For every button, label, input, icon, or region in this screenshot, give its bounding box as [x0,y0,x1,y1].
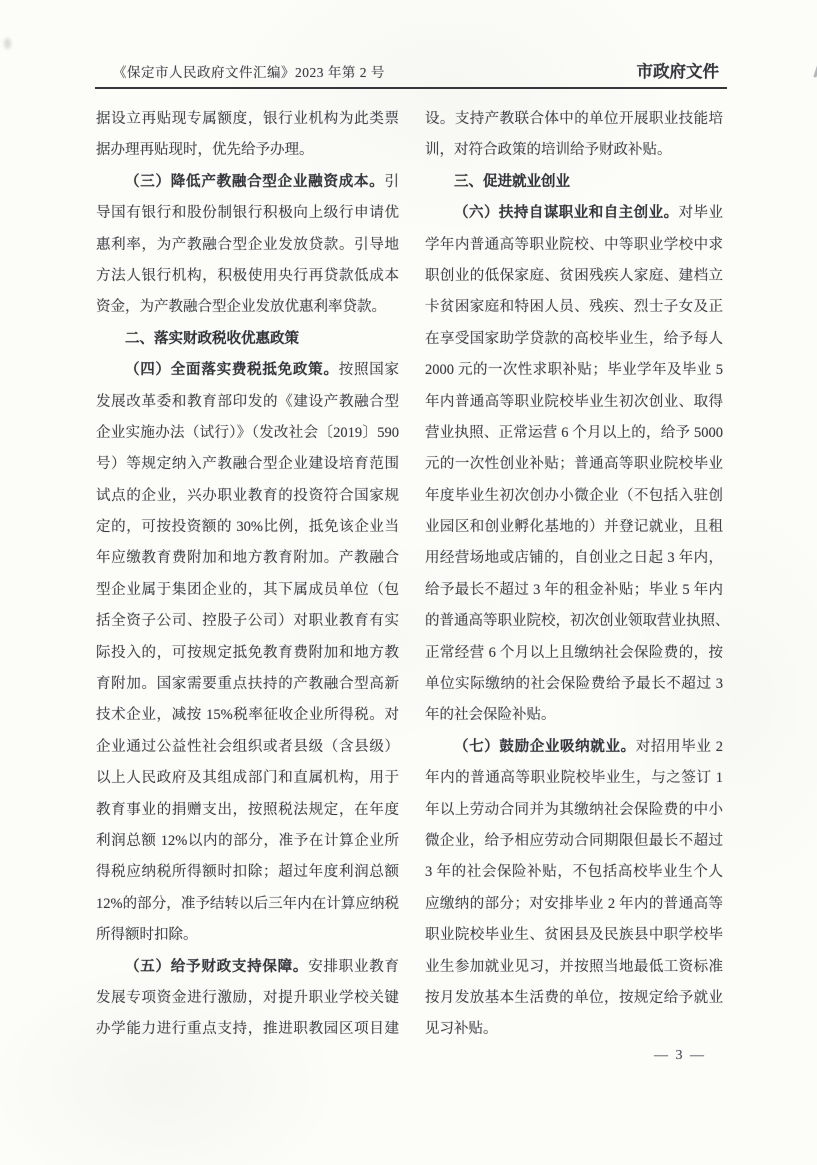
text-segment: 3 年的社会保险补贴，不包括高校毕业生个人 [425,864,723,880]
text-segment: 号）等规定纳入产教融合型企业建设培育范围 [96,456,399,472]
text-segment: 引 [385,174,400,190]
text-line: 设。支持产教联合体中的单位开展职业技能培 [425,104,723,135]
header-doc-category: 市政府文件 [637,58,720,82]
section-heading: 三、促进就业创业 [425,167,723,198]
right-text-column: 设。支持产教联合体中的单位开展职业技能培训，对符合政策的培训给予财政补贴。三、促… [425,104,723,1046]
text-segment: 正常经营 6 个月以上且缴纳社会保险费的，按 [425,645,723,661]
text-segment: 据办理再贴现时，优先给予办理。 [96,142,314,158]
text-segment: 所得额时扣除。 [96,927,198,943]
text-line: 惠利率，为产教融合型企业发放贷款。引导地 [96,230,399,261]
text-line: 年应缴教育费附加和地方教育附加。产教融合 [96,543,399,574]
text-line: 给予最长不超过 3 年的租金补贴；毕业 5 年内 [425,575,723,606]
text-segment: 微企业，给予相应劳动合同期限但最长不超过 [425,833,723,849]
text-segment: 职业院校毕业生、贫困县及民族县中职学校毕 [425,927,723,943]
text-segment: 发展专项资金进行激励，对提升职业学校关键 [96,990,399,1006]
text-segment: 惠利率，为产教融合型企业发放贷款。引导地 [96,237,399,253]
text-line: 育附加。国家需要重点扶持的产教融合型高新 [96,669,399,700]
text-segment: 对毕业 [679,205,723,221]
text-line: 年内普通高等职业院校毕业生初次创业、取得 [425,387,723,418]
text-line: 办学能力进行重点支持，推进职教园区项目建 [96,1014,399,1045]
header-row: 《保定市人民政府文件汇编》2023 年第 2 号 市政府文件 [95,58,727,87]
text-segment: 型企业属于集团企业的，其下属成员单位（包 [96,582,399,598]
text-segment: 的普通高等职业院校，初次创业领取营业执照、 [425,613,730,629]
text-segment: 利润总额 12%以内的部分，准予在计算企业所 [96,833,399,849]
text-line: 发展改革委和教育部印发的《建设产教融合型 [96,387,399,418]
text-line: 教育事业的捐赠支出，按照税法规定，在年度 [96,795,399,826]
text-line: 正常经营 6 个月以上且缴纳社会保险费的，按 [425,638,723,669]
text-segment: 企业通过公益性社会组织或者县级（含县级） [96,739,399,755]
text-segment: 学年内普通高等职业院校、中等职业学校中求 [425,237,723,253]
text-line: 企业通过公益性社会组织或者县级（含县级） [96,732,399,763]
text-line: 年内的普通高等职业院校毕业生，与之签订 1 [425,763,723,794]
text-segment: 业园区和创业孵化基地的）并登记就业，且租 [425,519,723,535]
page-number: — 3 — [654,1048,706,1063]
text-segment: 三、促进就业创业 [454,174,570,190]
text-segment: 在享受国家助学贷款的高校毕业生，给予每人 [425,331,723,347]
section-heading: 二、落实财政税收优惠政策 [96,324,399,355]
text-line: 卡贫困家庭和特困人员、残疾、烈士子女及正 [425,292,723,323]
text-line: 年度毕业生初次创办小微企业（不包括入驻创 [425,481,723,512]
text-segment: 对招用毕业 2 [636,739,723,755]
text-segment: 育附加。国家需要重点扶持的产教融合型高新 [96,676,399,692]
text-segment: （六）扶持自谋职业和自主创业。 [454,205,679,221]
text-segment: 用经营场地或店铺的，自创业之日起 3 年内， [425,550,723,566]
text-segment: 设。支持产教联合体中的单位开展职业技能培 [425,111,723,127]
text-line: 导国有银行和股份制银行积极向上级行申请优 [96,198,399,229]
text-line: 按月发放基本生活费的单位，按规定给予就业 [425,983,723,1014]
text-line: 试点的企业，兴办职业教育的投资符合国家规 [96,481,399,512]
text-line: 企业实施办法（试行）》（发改社会〔2019〕590 [96,418,399,449]
text-segment: 试点的企业，兴办职业教育的投资符合国家规 [96,488,399,504]
document-page: 《保定市人民政府文件汇编》2023 年第 2 号 市政府文件 据设立再贴现专属额… [0,0,817,1165]
text-segment: 应缴纳的部分；对安排毕业 2 年内的普通高等 [425,896,723,912]
text-segment: 年度毕业生初次创办小微企业（不包括入驻创 [425,488,723,504]
text-segment: 据设立再贴现专属额度，银行业机构为此类票 [96,111,399,127]
text-line: 应缴纳的部分；对安排毕业 2 年内的普通高等 [425,889,723,920]
text-segment: 括全资子公司、控股子公司）对职业教育有实 [96,613,399,629]
text-line: 定的，可按投资额的 30%比例，抵免该企业当 [96,512,399,543]
text-segment: 单位实际缴纳的社会保险费给予最长不超过 3 [425,676,723,692]
text-segment: 年的社会保险补贴。 [425,707,556,723]
text-line: 号）等规定纳入产教融合型企业建设培育范围 [96,449,399,480]
text-line: 方法人银行机构，积极使用央行再贷款低成本 [96,261,399,292]
text-line: 微企业，给予相应劳动合同期限但最长不超过 [425,826,723,857]
text-segment: 年以上劳动合同并为其缴纳社会保险费的中小 [425,802,723,818]
text-line: 的普通高等职业院校，初次创业领取营业执照、 [425,606,723,637]
text-segment: 年应缴教育费附加和地方教育附加。产教融合 [96,550,399,566]
text-segment: 元的一次性创业补贴；普通高等职业院校毕业 [425,456,723,472]
text-line: 营业执照、正常运营 6 个月以上的，给予 5000 [425,418,723,449]
text-segment: 教育事业的捐赠支出，按照税法规定，在年度 [96,802,399,818]
text-segment: 年内普通高等职业院校毕业生初次创业、取得 [425,394,723,410]
text-segment: 得税应纳税所得额时扣除；超过年度利润总额 [96,864,399,880]
text-line: （三）降低产教融合型企业融资成本。引 [96,167,399,198]
text-segment: 资金，为产教融合型企业发放优惠利率贷款。 [96,299,386,315]
page-footer: — 3 — [640,1048,720,1064]
text-line: 以上人民政府及其组成部门和直属机构，用于 [96,763,399,794]
text-segment: 按月发放基本生活费的单位，按规定给予就业 [425,990,723,1006]
text-segment: 二、落实财政税收优惠政策 [125,331,299,347]
text-segment: 以上人民政府及其组成部门和直属机构，用于 [96,770,399,786]
text-line: 职创业的低保家庭、贫困残疾人家庭、建档立 [425,261,723,292]
text-line: （七）鼓励企业吸纳就业。对招用毕业 2 [425,732,723,763]
text-segment: 按照国家 [339,362,399,378]
text-segment: 办学能力进行重点支持，推进职教园区项目建 [96,1021,399,1037]
text-segment: 技术企业，减按 15%税率征收企业所得税。对 [96,707,399,723]
text-segment: 见习补贴。 [425,1021,498,1037]
text-segment: 给予最长不超过 3 年的租金补贴；毕业 5 年内 [425,582,723,598]
text-segment: 际投入的，可按规定抵免教育费附加和地方教 [96,645,399,661]
text-line: 技术企业，减按 15%税率征收企业所得税。对 [96,700,399,731]
text-segment: （五）给予财政支持保障。 [125,959,308,975]
text-segment: （四）全面落实费税抵免政策。 [125,362,339,378]
text-segment: 安排职业教育 [308,959,399,975]
text-line: 利润总额 12%以内的部分，准予在计算企业所 [96,826,399,857]
text-line: 单位实际缴纳的社会保险费给予最长不超过 3 [425,669,723,700]
text-line: 业园区和创业孵化基地的）并登记就业，且租 [425,512,723,543]
page-header: 《保定市人民政府文件汇编》2023 年第 2 号 市政府文件 [95,58,727,89]
text-line: 际投入的，可按规定抵免教育费附加和地方教 [96,638,399,669]
text-segment: 训，对符合政策的培训给予财政补贴。 [425,142,672,158]
text-segment: 方法人银行机构，积极使用央行再贷款低成本 [96,268,399,284]
text-line: 12%的部分，准予结转以后三年内在计算应纳税 [96,889,399,920]
text-line: （五）给予财政支持保障。安排职业教育 [96,952,399,983]
text-line: 训，对符合政策的培训给予财政补贴。 [425,135,723,166]
header-publication-title: 《保定市人民政府文件汇编》2023 年第 2 号 [113,61,385,81]
text-segment: 12%的部分，准予结转以后三年内在计算应纳税 [96,896,399,912]
text-line: 2000 元的一次性求职补贴；毕业学年及毕业 5 [425,355,723,386]
text-line: 见习补贴。 [425,1014,723,1045]
text-line: 发展专项资金进行激励，对提升职业学校关键 [96,983,399,1014]
text-line: 学年内普通高等职业院校、中等职业学校中求 [425,230,723,261]
text-segment: 卡贫困家庭和特困人员、残疾、烈士子女及正 [425,299,723,315]
text-segment: （七）鼓励企业吸纳就业。 [454,739,636,755]
text-line: 年的社会保险补贴。 [425,700,723,731]
text-segment: 企业实施办法（试行）》（发改社会〔2019〕590 [96,425,399,441]
text-line: 元的一次性创业补贴；普通高等职业院校毕业 [425,449,723,480]
text-line: 在享受国家助学贷款的高校毕业生，给予每人 [425,324,723,355]
text-segment: 定的，可按投资额的 30%比例，抵免该企业当 [96,519,399,535]
scan-artifact-right [804,58,817,77]
text-segment: 营业执照、正常运营 6 个月以上的，给予 5000 [425,425,723,441]
text-line: 资金，为产教融合型企业发放优惠利率贷款。 [96,292,399,323]
text-segment: （三）降低产教融合型企业融资成本。 [125,174,385,190]
text-line: 括全资子公司、控股子公司）对职业教育有实 [96,606,399,637]
text-line: 年以上劳动合同并为其缴纳社会保险费的中小 [425,795,723,826]
text-line: （六）扶持自谋职业和自主创业。对毕业 [425,198,723,229]
text-segment: 年内的普通高等职业院校毕业生，与之签订 1 [425,770,723,786]
text-segment: 业生参加就业见习，并按照当地最低工资标准 [425,959,723,975]
text-segment: 职创业的低保家庭、贫困残疾人家庭、建档立 [425,268,723,284]
text-line: 业生参加就业见习，并按照当地最低工资标准 [425,952,723,983]
text-line: 3 年的社会保险补贴，不包括高校毕业生个人 [425,857,723,888]
left-text-column: 据设立再贴现专属额度，银行业机构为此类票据办理再贴现时，优先给予办理。（三）降低… [96,104,399,1046]
text-line: 据设立再贴现专属额度，银行业机构为此类票 [96,104,399,135]
text-line: 型企业属于集团企业的，其下属成员单位（包 [96,575,399,606]
text-line: 用经营场地或店铺的，自创业之日起 3 年内， [425,543,723,574]
scan-artifact-left [4,38,11,49]
text-line: 得税应纳税所得额时扣除；超过年度利润总额 [96,857,399,888]
text-line: （四）全面落实费税抵免政策。按照国家 [96,355,399,386]
text-segment: 2000 元的一次性求职补贴；毕业学年及毕业 5 [425,362,723,378]
text-line: 据办理再贴现时，优先给予办理。 [96,135,399,166]
text-line: 所得额时扣除。 [96,920,399,951]
text-segment: 导国有银行和股份制银行积极向上级行申请优 [96,205,399,221]
text-line: 职业院校毕业生、贫困县及民族县中职学校毕 [425,920,723,951]
text-segment: 发展改革委和教育部印发的《建设产教融合型 [96,394,399,410]
